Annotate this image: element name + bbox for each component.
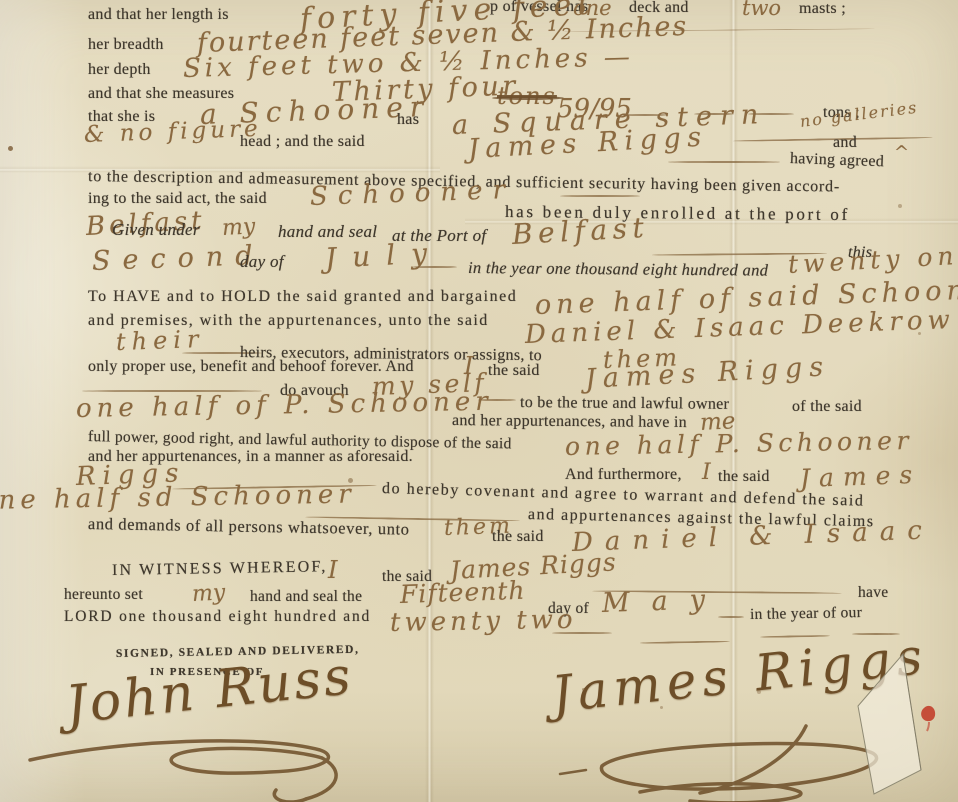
day-value: Second	[91, 240, 265, 277]
printed-and: and	[833, 134, 857, 152]
the-said-3: the said	[492, 528, 544, 546]
witness-signature: John Russ	[63, 646, 356, 736]
demands-label: and demands of all persons whatsoever, u…	[88, 514, 410, 540]
lord-year-label: LORD one thousand eight hundred and	[64, 608, 371, 626]
printed-has: has	[397, 111, 419, 129]
given-under-label: Given under	[112, 220, 200, 240]
given-port-value: Belfast	[511, 211, 650, 251]
stain-speck	[582, 688, 585, 691]
ink-dash	[412, 266, 457, 268]
hereunto-my: my	[191, 580, 226, 607]
printed-masts: masts ;	[799, 0, 846, 18]
act-vessel-value: Schooner	[309, 175, 515, 212]
furthermore-label: And furthermore,	[565, 466, 682, 484]
ink-dash	[560, 195, 640, 197]
month-value-2: May	[601, 584, 727, 619]
day-value-2: Fifteenth	[399, 576, 525, 609]
length-label: and that her length is	[88, 6, 229, 24]
year-value: twenty one	[787, 240, 958, 279]
grantor-signature-flourish	[560, 726, 877, 802]
witness-signature-flourish	[30, 741, 336, 802]
ink-strike-dash	[492, 96, 564, 100]
ink-dash	[668, 161, 780, 163]
half-schooner-value-3: one half sd Schooner	[0, 479, 356, 516]
lawful-owner-label: to be the true and lawful owner	[520, 394, 729, 414]
act-label: ing to the said act, the said	[88, 190, 267, 208]
have-in-label: and her appurtenances, and have in	[452, 412, 687, 432]
galleries-note: no galleries	[799, 98, 919, 131]
month-value: July	[324, 236, 444, 275]
caret-mark: ^	[894, 142, 909, 163]
in-witness-label: IN WITNESS WHEREOF,	[112, 558, 328, 580]
covenant-label: do hereby covenant and agree to warrant …	[382, 480, 865, 511]
hereunto-label: hereunto set	[64, 586, 143, 604]
use-label: only proper use, benefit and behoof fore…	[88, 358, 414, 376]
the-said-1: the said	[488, 362, 540, 380]
ink-dash	[552, 632, 612, 634]
grantor-signature: James Riggs	[549, 627, 931, 724]
habendum-label-1: To HAVE and to HOLD the said granted and…	[88, 288, 517, 306]
stain-speck	[918, 332, 921, 335]
year-of-our-label: in the year of our	[750, 604, 862, 624]
document-page: p of vessel has one deck and two masts ;…	[0, 0, 958, 802]
given-my: my	[221, 214, 256, 241]
breadth-label: her breadth	[88, 36, 164, 54]
ink-speck	[8, 146, 13, 151]
handwritten-two-masts: two	[742, 0, 781, 20]
stain-speck	[348, 478, 353, 483]
day-of-label: day of	[240, 252, 284, 272]
ink-dash	[640, 640, 730, 644]
of-the-said-label: of the said	[792, 398, 862, 416]
witness-i-3: I	[328, 556, 337, 584]
stain-speck	[660, 706, 663, 709]
year-label: in the year one thousand eight hundred a…	[468, 258, 768, 281]
ink-dash	[718, 616, 744, 618]
stain-speck	[898, 204, 902, 208]
stain-speck	[757, 690, 761, 694]
the-said-2: the said	[718, 468, 770, 486]
year-value-2: twenty two	[390, 605, 577, 638]
depth-label: her depth	[88, 61, 151, 79]
half-schooner-value-2: one half P. Schooner	[565, 426, 913, 461]
figure-head-label: head ; and the said	[240, 133, 365, 151]
printed-having-agreed: having agreed	[790, 150, 885, 171]
red-wax-mark	[921, 706, 935, 731]
hand-seal-label-2: hand and seal the	[250, 588, 362, 606]
half-schooner-value-1: one half of P. Schooner	[76, 387, 493, 424]
figure-head-value: & no figure	[84, 116, 263, 148]
have-label: have	[858, 584, 888, 602]
witness-i-2: I	[702, 460, 711, 485]
james-value: James	[799, 460, 921, 493]
